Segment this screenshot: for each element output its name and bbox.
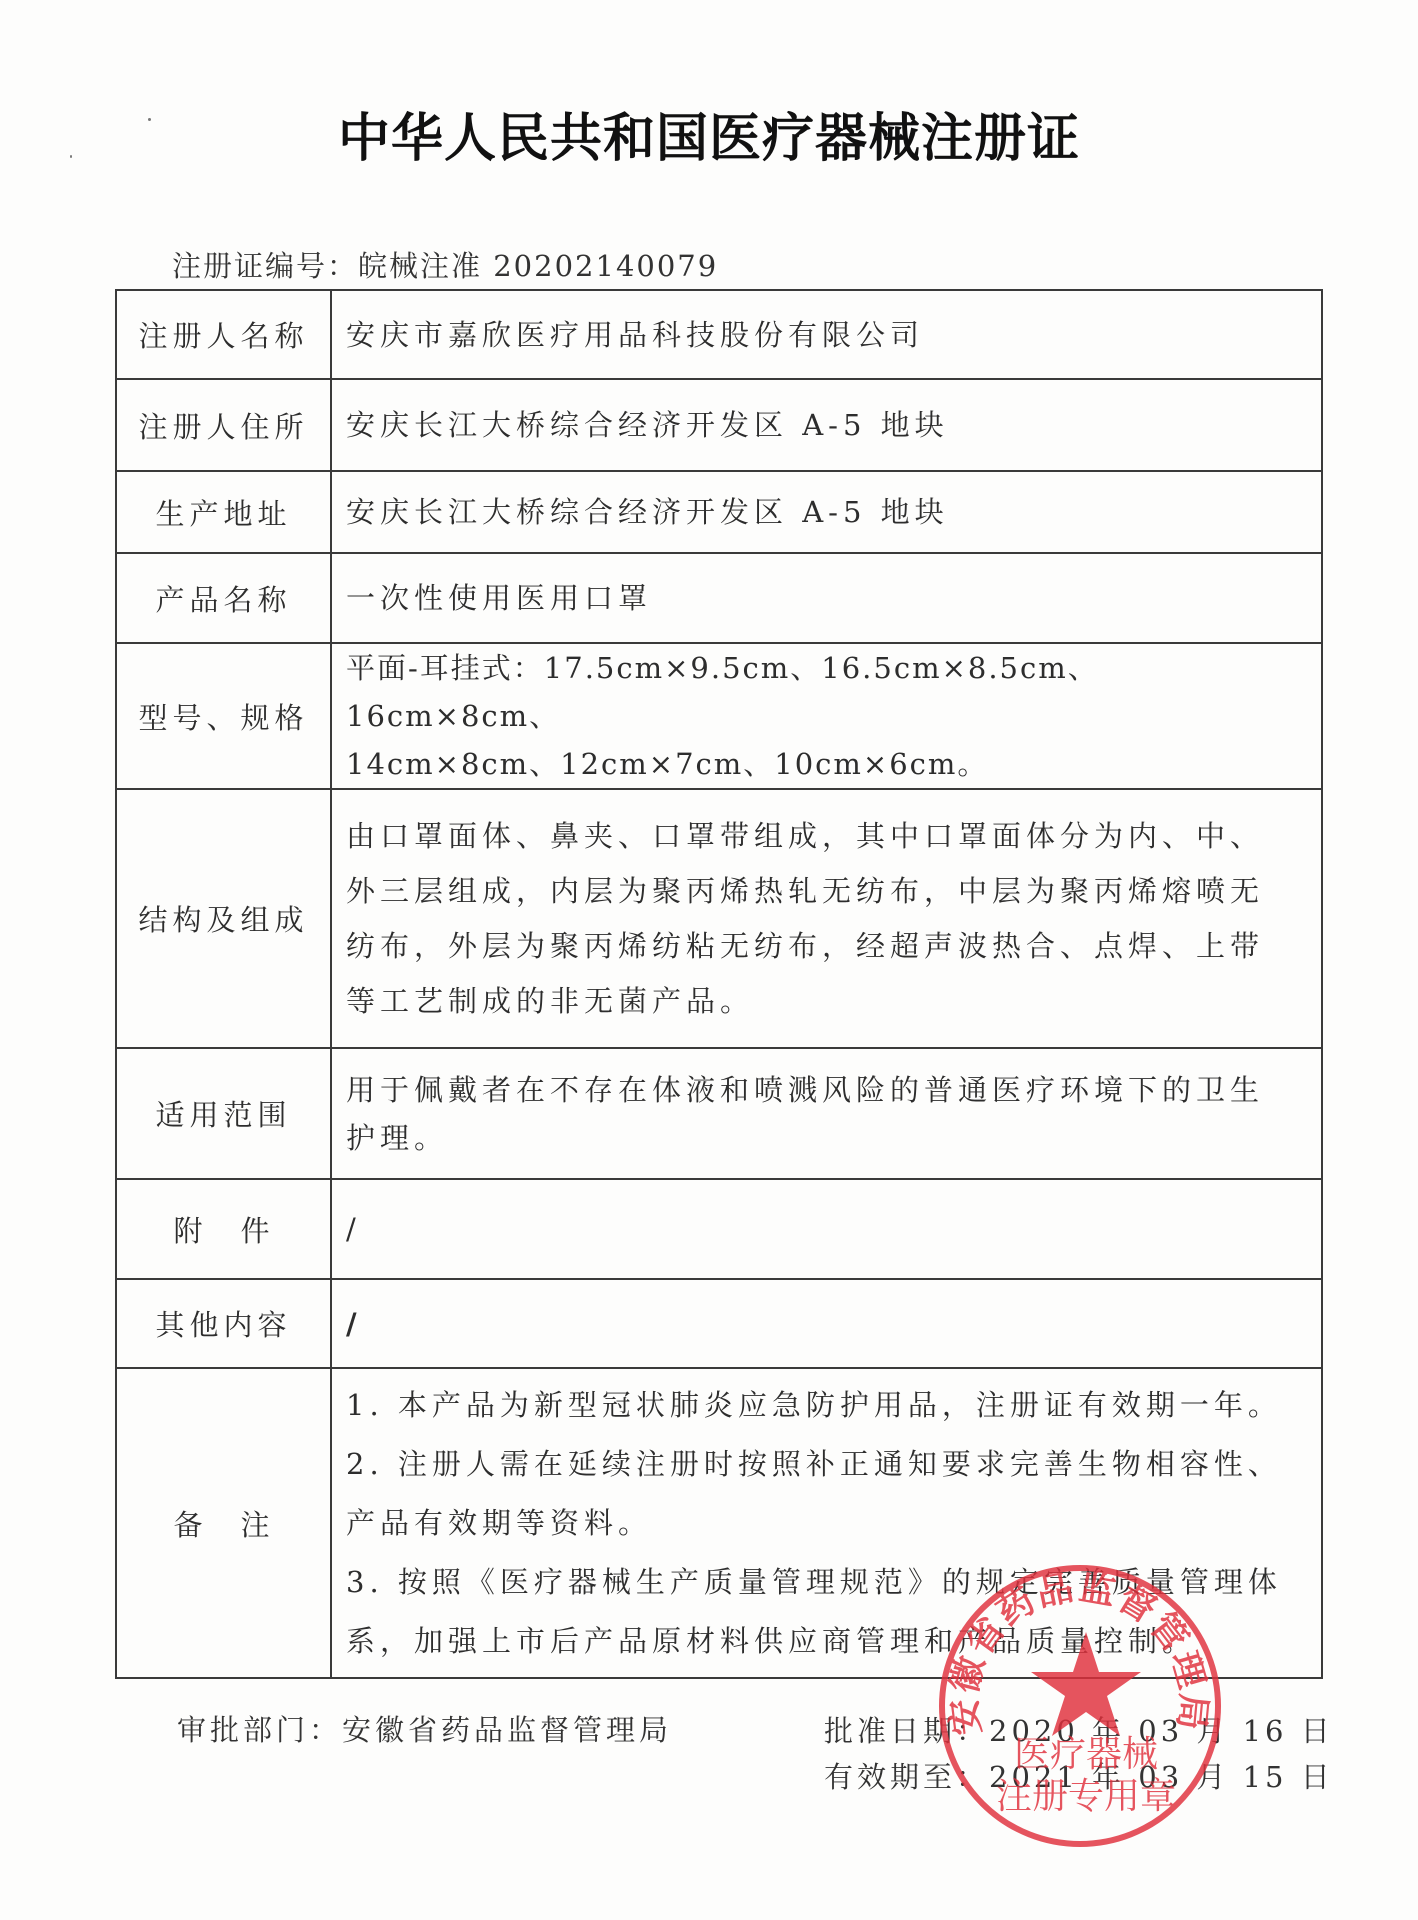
row-value: 安庆长江大桥综合经济开发区 A-5 地块 [331, 379, 1322, 471]
row-label: 注册人名称 [116, 290, 331, 379]
value-line: 由口罩面体、鼻夹、口罩带组成，其中口罩面体分为内、中、 [346, 809, 1307, 864]
value-line: 等工艺制成的非无菌产品。 [346, 974, 1307, 1029]
approval-date-label: 批准日期： [824, 1714, 989, 1748]
value-line: 14cm×8cm、12cm×7cm、10cm×6cm。 [346, 740, 1307, 788]
row-value: 1. 本产品为新型冠状肺炎应急防护用品，注册证有效期一年。 2. 注册人需在延续… [331, 1368, 1322, 1678]
row-label: 结构及组成 [116, 789, 331, 1048]
table-row-scope: 适用范围 用于佩戴者在不存在体液和喷溅风险的普通医疗环境下的卫生 护理。 [116, 1048, 1322, 1179]
scan-speck [148, 118, 151, 121]
approval-department-value: 安徽省药品监督管理局 [342, 1713, 672, 1747]
approval-department: 审批部门：安徽省药品监督管理局 [177, 1708, 672, 1749]
value-line: / [346, 1205, 1307, 1253]
value-line: 2. 注册人需在延续注册时按照补正通知要求完善生物相容性、 [346, 1435, 1307, 1494]
row-label: 备注 [116, 1368, 331, 1678]
row-label: 注册人住所 [116, 379, 331, 471]
value-line: 护理。 [346, 1114, 1307, 1162]
certificate-table: 注册人名称 安庆市嘉欣医疗用品科技股份有限公司 注册人住所 安庆长江大桥综合经济… [115, 289, 1323, 1679]
valid-until: 有效期至：2021 年 03 月 15 日 [824, 1754, 1334, 1800]
row-label: 生产地址 [116, 471, 331, 553]
row-value: 由口罩面体、鼻夹、口罩带组成，其中口罩面体分为内、中、 外三层组成，内层为聚丙烯… [331, 789, 1322, 1048]
row-value: 用于佩戴者在不存在体液和喷溅风险的普通医疗环境下的卫生 护理。 [331, 1048, 1322, 1179]
table-row-model-spec: 型号、规格 平面-耳挂式：17.5cm×9.5cm、16.5cm×8.5cm、1… [116, 643, 1322, 789]
value-line: 1. 本产品为新型冠状肺炎应急防护用品，注册证有效期一年。 [346, 1376, 1307, 1435]
row-value: / [331, 1179, 1322, 1279]
approval-date-value: 2020 年 03 月 16 日 [989, 1714, 1334, 1748]
row-value: 一次性使用医用口罩 [331, 553, 1322, 643]
valid-until-label: 有效期至： [824, 1760, 989, 1794]
registration-number-value: 皖械注准 20202140079 [358, 249, 718, 283]
value-line: 纺布，外层为聚丙烯纺粘无纺布，经超声波热合、点焊、上带 [346, 919, 1307, 974]
value-line: 3. 按照《医疗器械生产质量管理规范》的规定完善质量管理体 [346, 1553, 1307, 1612]
table-row-remarks: 备注 1. 本产品为新型冠状肺炎应急防护用品，注册证有效期一年。 2. 注册人需… [116, 1368, 1322, 1678]
table-row-production-address: 生产地址 安庆长江大桥综合经济开发区 A-5 地块 [116, 471, 1322, 553]
row-value: / [331, 1279, 1322, 1368]
registration-number-label: 注册证编号： [172, 249, 358, 283]
row-label: 型号、规格 [116, 643, 331, 789]
value-line: 平面-耳挂式：17.5cm×9.5cm、16.5cm×8.5cm、16cm×8c… [346, 644, 1307, 740]
table-row-attachments: 附件 / [116, 1179, 1322, 1279]
value-line: 安庆长江大桥综合经济开发区 A-5 地块 [346, 401, 1307, 449]
row-label: 产品名称 [116, 553, 331, 643]
valid-until-value: 2021 年 03 月 15 日 [989, 1760, 1334, 1794]
row-value: 安庆市嘉欣医疗用品科技股份有限公司 [331, 290, 1322, 379]
value-line: 系，加强上市后产品原材料供应商管理和产品质量控制。 [346, 1612, 1307, 1671]
row-label: 附件 [116, 1179, 331, 1279]
table-row-structure: 结构及组成 由口罩面体、鼻夹、口罩带组成，其中口罩面体分为内、中、 外三层组成，… [116, 789, 1322, 1048]
table-row-registrant-name: 注册人名称 安庆市嘉欣医疗用品科技股份有限公司 [116, 290, 1322, 379]
value-line: 外三层组成，内层为聚丙烯热轧无纺布，中层为聚丙烯熔喷无 [346, 864, 1307, 919]
value-line: / [346, 1300, 1307, 1348]
value-line: 用于佩戴者在不存在体液和喷溅风险的普通医疗环境下的卫生 [346, 1066, 1307, 1114]
row-value: 平面-耳挂式：17.5cm×9.5cm、16.5cm×8.5cm、16cm×8c… [331, 643, 1322, 789]
approval-dates: 批准日期：2020 年 03 月 16 日 有效期至：2021 年 03 月 1… [824, 1708, 1334, 1800]
approval-department-label: 审批部门： [177, 1713, 342, 1747]
table-row-product-name: 产品名称 一次性使用医用口罩 [116, 553, 1322, 643]
value-line: 安庆市嘉欣医疗用品科技股份有限公司 [346, 311, 1307, 359]
table-row-registrant-address: 注册人住所 安庆长江大桥综合经济开发区 A-5 地块 [116, 379, 1322, 471]
value-line: 一次性使用医用口罩 [346, 574, 1307, 622]
registration-number: 注册证编号：皖械注准 20202140079 [172, 244, 718, 285]
value-line: 产品有效期等资料。 [346, 1494, 1307, 1553]
value-line: 安庆长江大桥综合经济开发区 A-5 地块 [346, 488, 1307, 536]
approval-date: 批准日期：2020 年 03 月 16 日 [824, 1708, 1334, 1754]
row-label: 适用范围 [116, 1048, 331, 1179]
document-title: 中华人民共和国医疗器械注册证 [0, 96, 1418, 171]
row-label: 其他内容 [116, 1279, 331, 1368]
scan-speck [70, 155, 72, 158]
table-row-other-content: 其他内容 / [116, 1279, 1322, 1368]
row-value: 安庆长江大桥综合经济开发区 A-5 地块 [331, 471, 1322, 553]
